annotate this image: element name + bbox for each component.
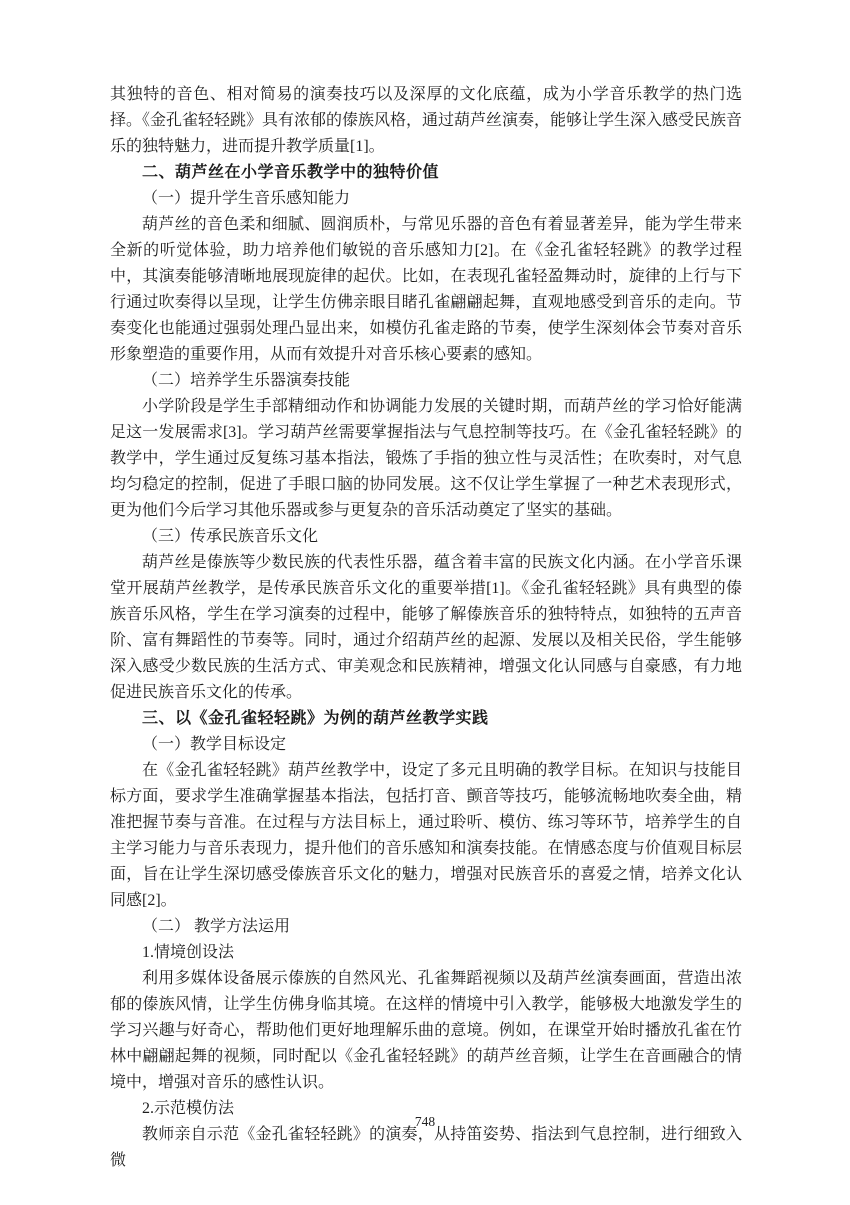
paragraph-teaching-goals: 在《金孔雀轻轻跳》葫芦丝教学中，设定了多元且明确的教学目标。在知识与技能目标方面…: [110, 758, 742, 914]
subheading-method-1: 1.情境创设法: [110, 940, 742, 966]
section-heading-2: 二、葫芦丝在小学音乐教学中的独特价值: [110, 160, 742, 186]
page-number: 748: [0, 1114, 850, 1130]
paragraph-performance-skills: 小学阶段是学生手部精细动作和协调能力发展的关键时期，而葫芦丝的学习恰好能满足这一…: [110, 394, 742, 524]
subheading-2-3: （三）传承民族音乐文化: [110, 524, 742, 550]
section-heading-3: 三、以《金孔雀轻轻跳》为例的葫芦丝教学实践: [110, 706, 742, 732]
subheading-3-1: （一）教学目标设定: [110, 732, 742, 758]
subheading-2-2: （二）培养学生乐器演奏技能: [110, 368, 742, 394]
paragraph-music-perception: 葫芦丝的音色柔和细腻、圆润质朴，与常见乐器的音色有着显著差异，能为学生带来全新的…: [110, 212, 742, 368]
paragraph-cultural-heritage: 葫芦丝是傣族等少数民族的代表性乐器，蕴含着丰富的民族文化内涵。在小学音乐课堂开展…: [110, 550, 742, 706]
paragraph-situation-creation: 利用多媒体设备展示傣族的自然风光、孔雀舞蹈视频以及葫芦丝演奏画面，营造出浓郁的傣…: [110, 966, 742, 1096]
subheading-2-1: （一）提升学生音乐感知能力: [110, 186, 742, 212]
subheading-3-2: （二） 教学方法运用: [110, 914, 742, 940]
document-body: 其独特的音色、相对简易的演奏技巧以及深厚的文化底蕴，成为小学音乐教学的热门选择。…: [110, 82, 742, 1174]
document-page: 其独特的音色、相对简易的演奏技巧以及深厚的文化底蕴，成为小学音乐教学的热门选择。…: [0, 0, 850, 1205]
paragraph-continuation: 其独特的音色、相对简易的演奏技巧以及深厚的文化底蕴，成为小学音乐教学的热门选择。…: [110, 82, 742, 160]
